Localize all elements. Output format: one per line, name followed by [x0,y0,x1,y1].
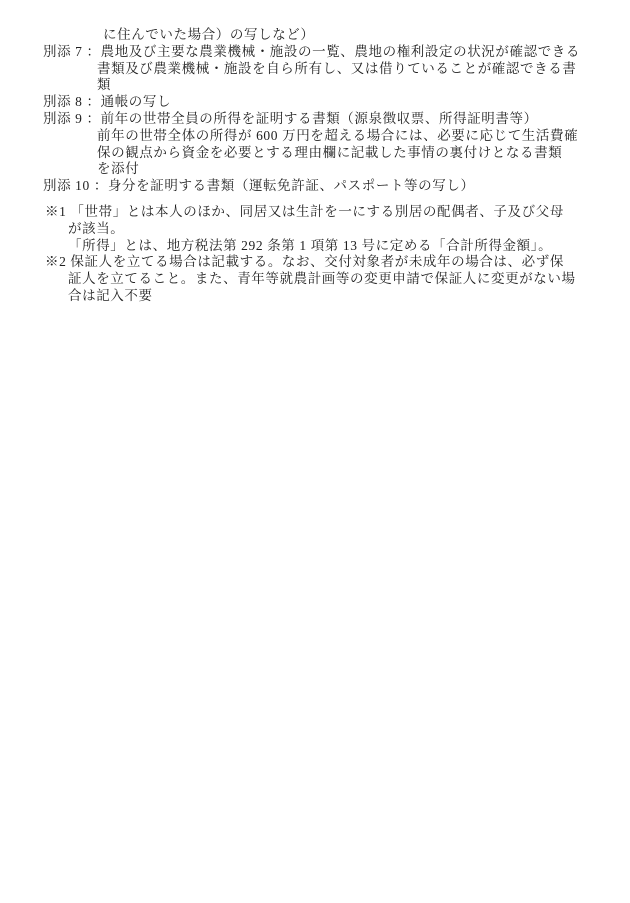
blank-line-separator [0,195,630,204]
note-1-line-2: が該当。 [0,221,630,238]
attachment-8-line: 別添 8 ：通帳の写し [0,94,630,111]
document-page: に住んでいた場合）の写しなど） 別添 7 ：農地及び主要な農業機械・施設の一覧、… [0,0,630,903]
note-2-line-1: ※2 保証人を立てる場合は記載する。なお、交付対象者が未成年の場合は、必ず保 [0,254,630,271]
attachment-10-line: 別添 10 ：身分を証明する書類（運転免許証、パスポート等の写し） [0,178,630,195]
attachment-7-line-2: 書類及び農業機械・施設を自ら所有し、又は借りていることが確認できる書 [0,61,630,78]
note-2-line-3: 合は記入不要 [0,288,630,305]
attachment-7-line-3: 類 [0,77,630,94]
attachments-list: に住んでいた場合）の写しなど） 別添 7 ：農地及び主要な農業機械・施設の一覧、… [0,27,630,195]
note-1-line-3: 「所得」とは、地方税法第 292 条第 1 項第 13 号に定める「合計所得金額… [0,238,630,255]
attachment-6-continuation: に住んでいた場合）の写しなど） [0,27,630,44]
attachment-9-line-4: を添付 [0,161,630,178]
attachment-9-line-3: 保の観点から資金を必要とする理由欄に記載した事情の裏付けとなる書類 [0,145,630,162]
note-2-line-2: 証人を立てること。また、青年等就農計画等の変更申請で保証人に変更がない場 [0,271,630,288]
attachment-7-line-1: 別添 7 ：農地及び主要な農業機械・施設の一覧、農地の権利設定の状況が確認できる [0,44,630,61]
attachment-9-line-1: 別添 9 ：前年の世帯全員の所得を証明する書類（源泉徴収票、所得証明書等） [0,111,630,128]
note-1-line-1: ※1 「世帯」とは本人のほか、同居又は生計を一にする別居の配偶者、子及び父母 [0,204,630,221]
attachment-9-line-2: 前年の世帯全体の所得が 600 万円を超える場合には、必要に応じて生活費確 [0,128,630,145]
notes-list: ※1 「世帯」とは本人のほか、同居又は生計を一にする別居の配偶者、子及び父母 が… [0,204,630,305]
